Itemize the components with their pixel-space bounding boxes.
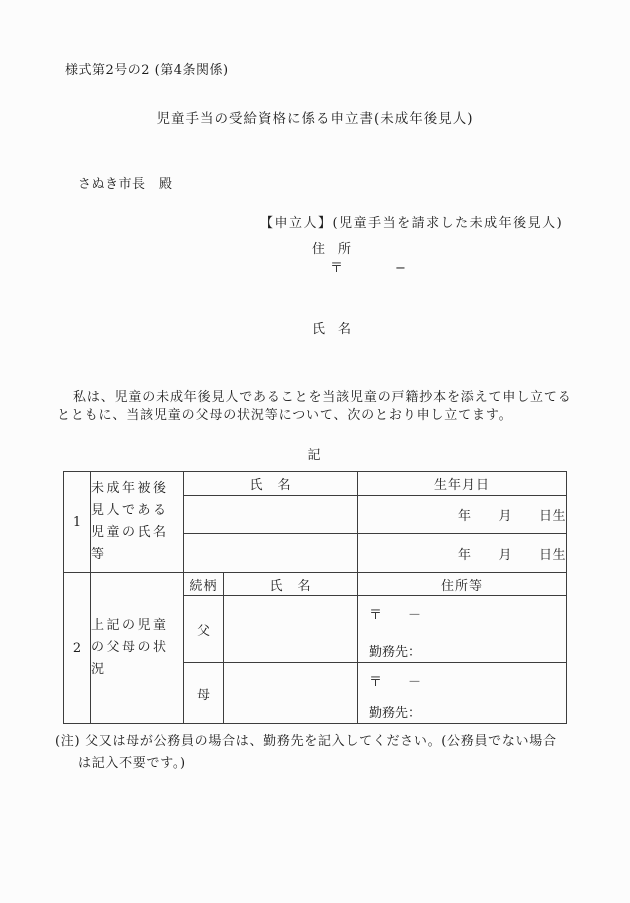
section1-label: 未成年被後 見人である 児童の氏名 等 <box>91 472 184 573</box>
statement-line-2: とともに、当該児童の父母の状況等について、次のとおり申し立てます。 <box>57 408 513 423</box>
section1-label-line: 未成年被後 <box>91 478 183 500</box>
mother-workplace-label: 勤務先： <box>369 702 566 721</box>
form-number: 様式第2号の2 (第4条関係) <box>65 63 229 78</box>
father-name-cell <box>224 596 358 663</box>
section2-label-line: 上記の児童 <box>91 615 183 637</box>
section2-label-line: の父母の状 <box>91 637 183 659</box>
applicant-address-label: 住 所 <box>312 242 351 257</box>
address-header: 住所等 <box>358 573 567 596</box>
father-address-cell: 〒 － 勤務先： <box>358 596 567 663</box>
relation-header: 続柄 <box>184 573 224 596</box>
applicant-heading: 【申立人】(児童手当を請求した未成年後見人) <box>260 216 563 231</box>
section1-label-line: 等 <box>91 544 183 566</box>
father-postal-mark: 〒 － <box>369 604 566 623</box>
section1-name-header: 氏 名 <box>184 472 358 496</box>
child1-birthdate-cell: 年 月 日生 <box>358 496 567 534</box>
section1-label-line: 児童の氏名 <box>91 522 183 544</box>
section1-label-line: 見人である <box>91 500 183 522</box>
mother-postal-mark: 〒 － <box>369 671 566 690</box>
applicant-name-label: 氏 名 <box>312 322 351 337</box>
section1-birth-header: 生年月日 <box>358 472 567 496</box>
child2-name-cell <box>184 534 358 573</box>
record-heading: 記 <box>63 448 566 463</box>
note-line-1: (注) 父又は母が公務員の場合は、勤務先を記入してください。(公務員でない場合 <box>55 734 557 749</box>
father-relation-cell: 父 <box>184 596 224 663</box>
section2-name-header: 氏 名 <box>224 573 358 596</box>
father-workplace-label: 勤務先： <box>369 641 566 660</box>
addressee-line: さぬき市長 殿 <box>78 177 173 192</box>
section1-number: 1 <box>64 472 91 573</box>
child1-name-cell <box>184 496 358 534</box>
note-line-2: は記入不要です。) <box>78 756 186 771</box>
section2-number: 2 <box>64 573 91 724</box>
mother-relation-cell: 母 <box>184 663 224 724</box>
statement-line-1: 私は、児童の未成年後見人であることを当該児童の戸籍抄本を添えて申し立てる <box>73 390 572 405</box>
section2-label-line: 況 <box>91 659 183 681</box>
section2-label: 上記の児童 の父母の状 況 <box>91 573 184 724</box>
document-title: 児童手当の受給資格に係る申立書(未成年後見人) <box>0 107 630 127</box>
claim-table: 1 未成年被後 見人である 児童の氏名 等 氏 名 生年月日 年 月 日生 年 … <box>63 471 567 724</box>
applicant-postal-mark: 〒 − <box>330 261 406 276</box>
child2-birthdate-cell: 年 月 日生 <box>358 534 567 573</box>
mother-address-cell: 〒 － 勤務先： <box>358 663 567 724</box>
mother-name-cell <box>224 663 358 724</box>
